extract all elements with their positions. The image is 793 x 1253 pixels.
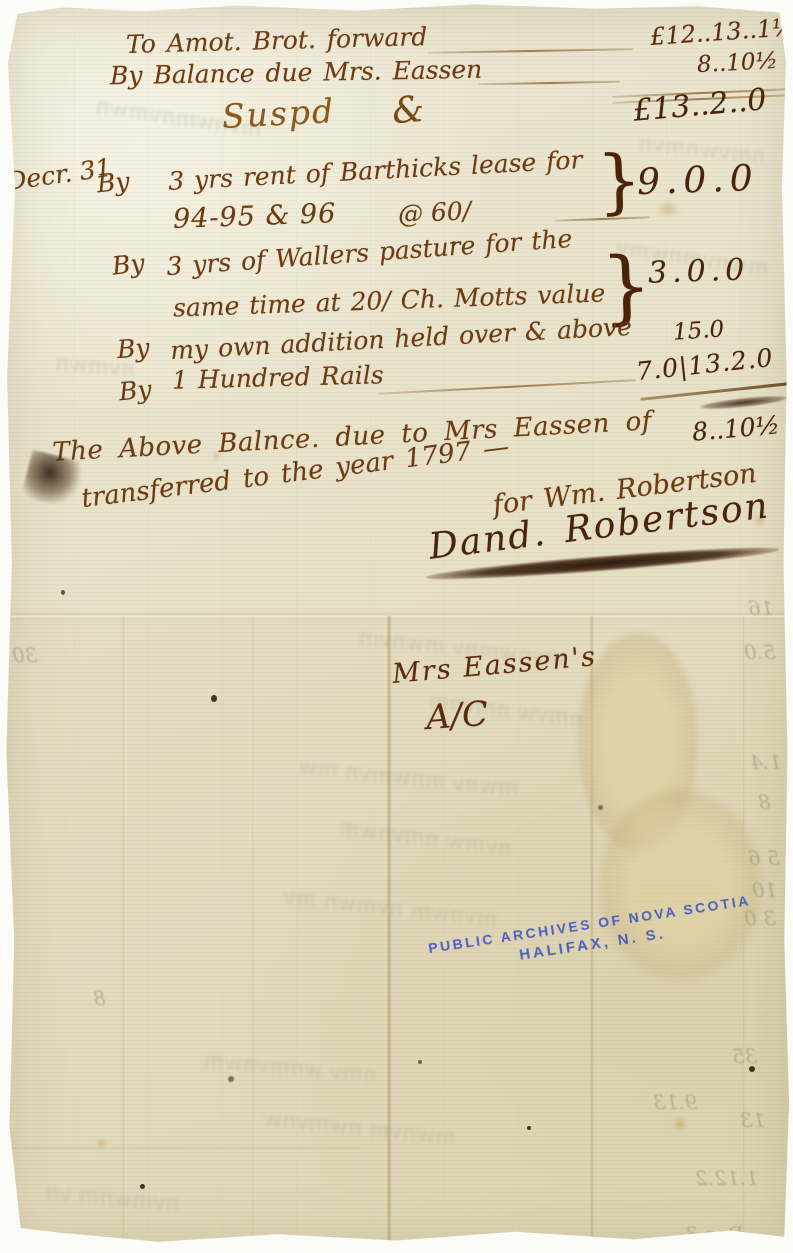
ghost-bleedthrough-text: 1.12.2 — [695, 1166, 759, 1190]
scanned-manuscript: { "document": { "kind": "Handwritten 18t… — [0, 0, 793, 1253]
fold-crease-vertical — [742, 616, 745, 1253]
amount-brought-forward: £12..13..1½ — [649, 13, 793, 51]
foxing-spot — [96, 1138, 107, 1148]
ink-speck — [418, 1060, 422, 1064]
ink-speck — [598, 805, 603, 810]
entry-by: By — [111, 248, 146, 280]
ghost-bleedthrough-text: Dec 3 — [686, 1222, 744, 1246]
ghost-bleedthrough-text: 8 — [93, 986, 106, 1010]
ghost-bleedthrough-text: 8 — [758, 790, 771, 814]
ink-speck — [527, 1126, 531, 1130]
ink-speck — [61, 590, 65, 595]
entry-by: By — [118, 375, 153, 407]
ruled-dash — [478, 81, 620, 85]
entry-years: 94-95 & 96 — [173, 198, 337, 235]
fold-crease-vertical — [386, 616, 391, 1253]
foxing-spot — [672, 1118, 688, 1131]
ink-speck — [228, 1076, 234, 1082]
amount-rails-total: 7.0|13.2.0 — [635, 343, 775, 386]
ampersand-flourish: & — [390, 89, 425, 133]
fold-crease-vertical — [122, 616, 125, 1253]
amount-total: £13..2..0 — [632, 82, 768, 129]
foxing-stain — [655, 200, 681, 218]
ghost-bleedthrough-text: 35 — [732, 1044, 757, 1068]
amount-rent-lease: 9.0.0 — [636, 158, 759, 203]
fold-crease-horizontal — [0, 612, 793, 620]
amount-pasture: 3.0.0 — [647, 252, 750, 291]
ink-smudge — [700, 393, 788, 411]
ghost-bleedthrough-text: 9.13 — [653, 1090, 698, 1114]
entry-by: By — [96, 167, 131, 199]
entry-rent-lease: 3 yrs rent of Barthicks lease for — [168, 145, 584, 196]
ghost-bleedthrough-text: 13 — [740, 1108, 765, 1132]
ghost-bleedthrough-text: 5.0 — [744, 640, 776, 664]
entry-rate: @ 60/ — [397, 196, 472, 229]
ghost-bleedthrough-text: 1.4 — [750, 750, 782, 774]
ruled-dash — [428, 48, 633, 54]
amount-addition: 15.0 — [672, 316, 725, 346]
fold-crease-vertical — [251, 616, 254, 1253]
fold-crease-horizontal-partial — [0, 1146, 360, 1150]
brace: } — [596, 139, 643, 223]
ink-speck — [211, 695, 217, 702]
closing-balance-amount: 8..10½ — [691, 410, 781, 447]
word-suspd: Suspd — [221, 91, 336, 136]
line-balance-due: By Balance due Mrs. Eassen — [110, 55, 483, 90]
ghost-bleedthrough-text: 16 — [748, 596, 773, 620]
ghost-bleedthrough-text: 30 — [12, 643, 37, 667]
entry-rails: 1 Hundred Rails — [172, 360, 384, 395]
docket-account-label: A/C — [425, 694, 490, 738]
ruled-dash — [378, 379, 636, 394]
ghost-bleedthrough-text: 5 6 — [748, 846, 780, 870]
manuscript-page: 165.01.485 6103 035131.12.2Dec 39.13308m… — [0, 0, 793, 1253]
amount-balance-due: 8..10½ — [696, 48, 778, 78]
line-amount-brought-forward: To Amot. Brot. forward — [126, 22, 428, 59]
entry-by: By — [116, 333, 150, 364]
